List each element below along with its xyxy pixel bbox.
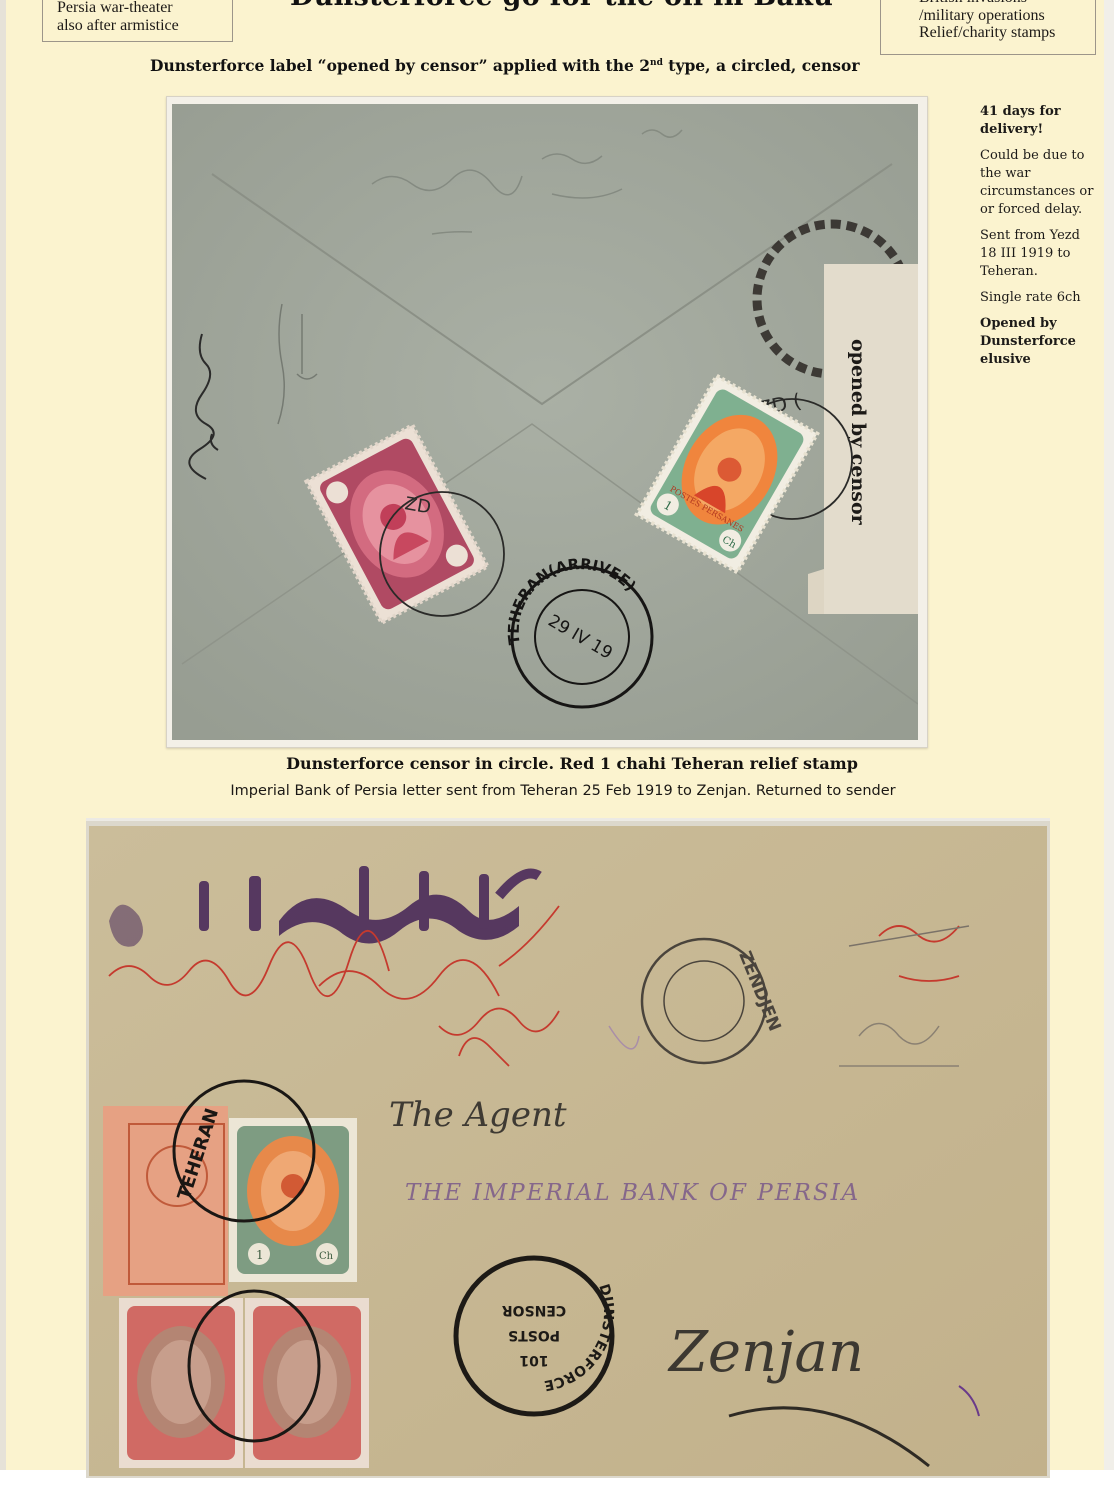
cover1-envelope-image: opened by censor ZD ( 1 Ch POSTES PERSAN…	[172, 104, 918, 740]
theme-tag-left: Persia war-theater also after armistice	[42, 0, 233, 42]
svg-text:opened by censor: opened by censor	[847, 339, 869, 526]
theme-tag-left-line2: also after armistice	[57, 17, 232, 35]
cover2-illustration: ZENDJEN The Agent THE IMPERIAL BANK OF P…	[89, 826, 1047, 1476]
theme-tag-right-line2: Relief/charity stamps	[919, 24, 1095, 41]
svg-text:1: 1	[256, 1248, 264, 1262]
svg-text:Ch: Ch	[319, 1251, 334, 1262]
theme-tag-right-line1: /military operations	[919, 7, 1095, 24]
subtitle-text: Dunsterforce label “opened by censor” ap…	[150, 56, 650, 75]
note-delivery: 41 days for delivery!	[980, 103, 1098, 139]
note-reason: Could be due to the war circumstances or…	[980, 147, 1098, 219]
note-elusive: Opened by Dunsterforce elusive	[980, 315, 1098, 369]
theme-tag-right-clipped-line: British invasions	[919, 0, 1095, 7]
svg-text:Zenjan: Zenjan	[667, 1320, 864, 1385]
theme-tag-right: British invasions /military operations R…	[880, 0, 1096, 55]
subtitle-text-end: type, a circled, censor	[663, 56, 860, 75]
cover1-illustration: opened by censor ZD ( 1 Ch POSTES PERSAN…	[172, 104, 918, 740]
subtitle-superscript: nd	[650, 58, 663, 68]
note-route: Sent from Yezd 18 III 1919 to Teheran.	[980, 227, 1098, 281]
cover2-envelope-image: ZENDJEN The Agent THE IMPERIAL BANK OF P…	[89, 826, 1047, 1476]
cover2-caption: Imperial Bank of Persia letter sent from…	[0, 783, 1114, 799]
censor-label: opened by censor	[808, 264, 918, 614]
cover1-caption: Dunsterforce censor in circle. Red 1 cha…	[0, 754, 1114, 773]
svg-text:CENSOR: CENSOR	[502, 1302, 567, 1318]
svg-text:ZD: ZD	[403, 493, 432, 518]
svg-text:101: 101	[519, 1352, 548, 1368]
svg-text:THE IMPERIAL BANK OF PERSIA: THE IMPERIAL BANK OF PERSIA	[405, 1180, 860, 1206]
theme-tag-left-line1: Persia war-theater	[57, 0, 232, 17]
note-rate: Single rate 6ch	[980, 289, 1098, 307]
page-edge	[1104, 0, 1114, 1470]
page-title: Dunsterforce go for the oil in Baku	[290, 0, 850, 11]
svg-text:The Agent: The Agent	[389, 1095, 567, 1135]
page-subtitle: Dunsterforce label “opened by censor” ap…	[150, 56, 970, 75]
side-notes: 41 days for delivery! Could be due to th…	[980, 103, 1098, 377]
svg-text:POSTS: POSTS	[508, 1327, 560, 1343]
